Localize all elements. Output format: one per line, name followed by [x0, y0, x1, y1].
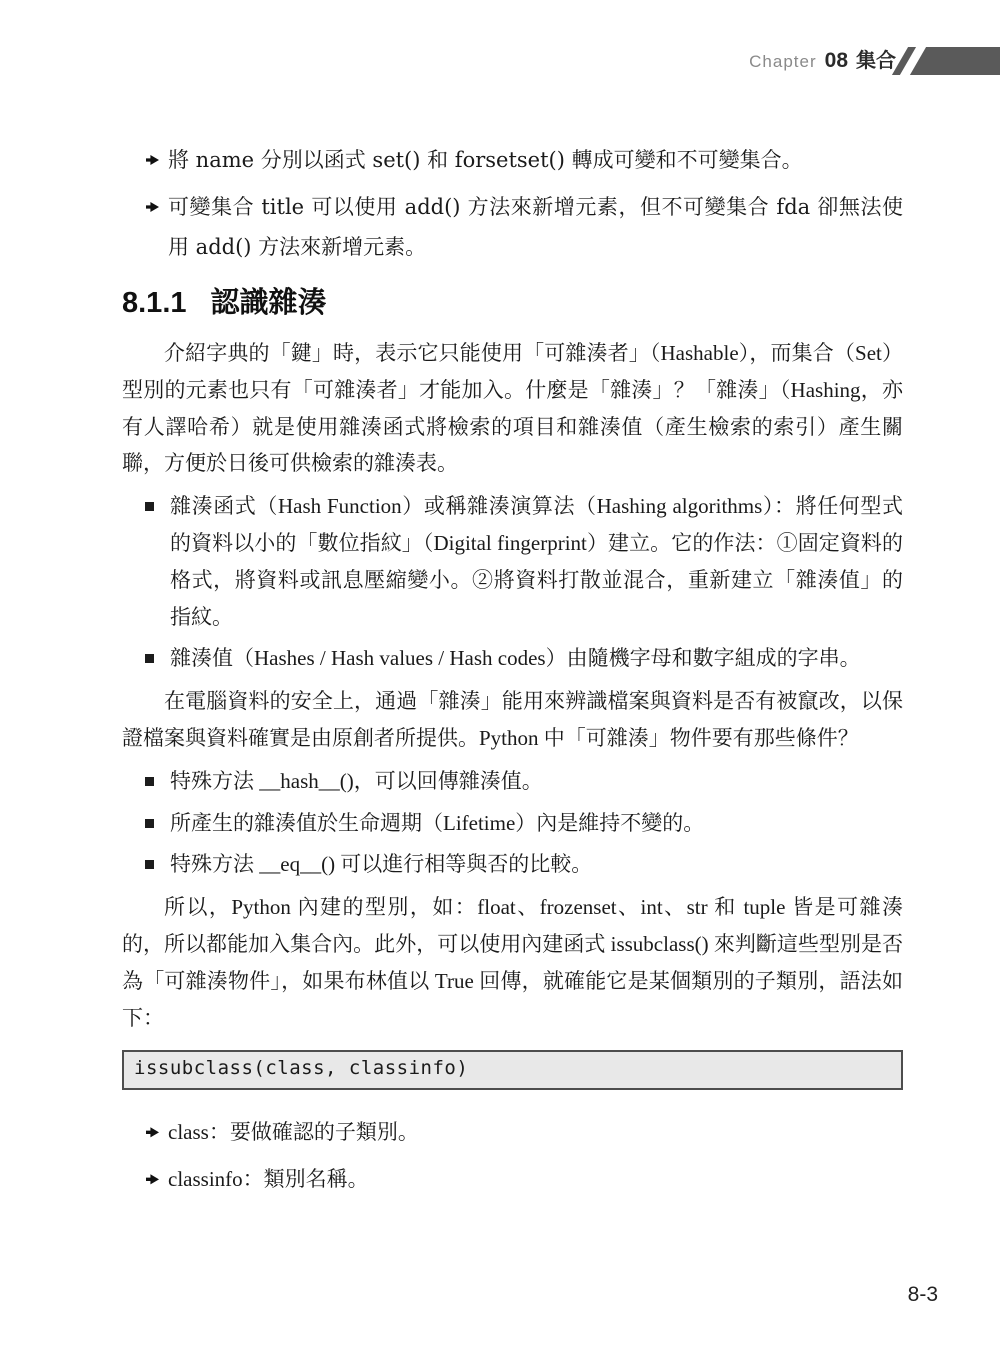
top-bullet-list: 將 name 分別以函式 set() 和 forsetset() 轉成可變和不可…	[122, 140, 903, 267]
chapter-label: Chapter	[749, 52, 816, 72]
slash-bar-icon	[910, 47, 1000, 75]
square-bullet-icon	[145, 860, 154, 869]
list-item: 所產生的雜湊值於生命週期（Lifetime）內是維持不變的。	[122, 805, 903, 842]
square-bullet-icon	[145, 654, 154, 663]
property-bullet-list: 特殊方法 __hash__()，可以回傳雜湊值。 所產生的雜湊值於生命週期（Li…	[122, 763, 903, 883]
param-term: classinfo	[168, 1167, 243, 1191]
bullet-text: 所產生的雜湊值於生命週期（Lifetime）內是維持不變的。	[170, 811, 704, 835]
paragraph: 在電腦資料的安全上，通過「雜湊」能用來辨識檔案與資料是否有被竄改，以保證檔案與資…	[122, 683, 903, 757]
hash-bullet-list: 雜湊函式（Hash Function）或稱雜湊演算法（Hashing algor…	[122, 488, 903, 677]
section-title: 認識雜湊	[211, 285, 327, 321]
param-desc: ：類別名稱。	[243, 1167, 369, 1191]
bullet-text: 雜湊值（Hashes / Hash values / Hash codes）由隨…	[170, 646, 861, 670]
page-header: Chapter 08 集合	[749, 44, 896, 73]
chapter-title: 集合	[856, 44, 896, 73]
bullet-text: 雜湊函式（Hash Function）或稱雜湊演算法（Hashing algor…	[170, 494, 903, 628]
list-item: 雜湊函式（Hash Function）或稱雜湊演算法（Hashing algor…	[122, 488, 903, 635]
paragraph: 所以，Python 內建的型別，如：float、frozenset、int、st…	[122, 889, 903, 1036]
paragraph: 介紹字典的「鍵」時，表示它只能使用「可雜湊者」（Hashable），而集合（Se…	[122, 335, 903, 482]
list-item: 可變集合 title 可以使用 add() 方法來新增元素，但不可變集合 fda…	[122, 187, 903, 267]
header-slash-decoration	[900, 47, 1000, 75]
page-content: 將 name 分別以函式 set() 和 forsetset() 轉成可變和不可…	[122, 140, 903, 1206]
bullet-text: 將 name 分別以函式 set() 和 forsetset() 轉成可變和不可…	[168, 148, 803, 172]
list-item: classinfo：類別名稱。	[122, 1159, 903, 1199]
section-heading: 8.1.1 認識雜湊	[122, 285, 903, 321]
arrow-bullet-icon	[146, 1173, 159, 1185]
arrow-bullet-icon	[146, 201, 159, 213]
list-item: class：要做確認的子類別。	[122, 1112, 903, 1152]
code-text: issubclass(class, classinfo)	[134, 1057, 468, 1079]
square-bullet-icon	[145, 777, 154, 786]
bullet-text: 可變集合 title 可以使用 add() 方法來新增元素，但不可變集合 fda…	[168, 195, 903, 259]
section-number: 8.1.1	[122, 285, 187, 321]
page-number: 8-3	[908, 1283, 938, 1307]
list-item: 特殊方法 __hash__()，可以回傳雜湊值。	[122, 763, 903, 800]
bullet-text: 特殊方法 __hash__()，可以回傳雜湊值。	[170, 769, 543, 793]
square-bullet-icon	[145, 819, 154, 828]
param-bullet-list: class：要做確認的子類別。 classinfo：類別名稱。	[122, 1112, 903, 1199]
bullet-text: 特殊方法 __eq__() 可以進行相等與否的比較。	[170, 852, 592, 876]
arrow-bullet-icon	[146, 1126, 159, 1138]
arrow-bullet-icon	[146, 154, 159, 166]
list-item: 雜湊值（Hashes / Hash values / Hash codes）由隨…	[122, 640, 903, 677]
code-syntax-box: issubclass(class, classinfo)	[122, 1050, 903, 1090]
square-bullet-icon	[145, 502, 154, 511]
chapter-number: 08	[825, 49, 848, 73]
list-item: 將 name 分別以函式 set() 和 forsetset() 轉成可變和不可…	[122, 140, 903, 180]
list-item: 特殊方法 __eq__() 可以進行相等與否的比較。	[122, 846, 903, 883]
param-desc: ：要做確認的子類別。	[209, 1120, 419, 1144]
param-term: class	[168, 1120, 209, 1144]
